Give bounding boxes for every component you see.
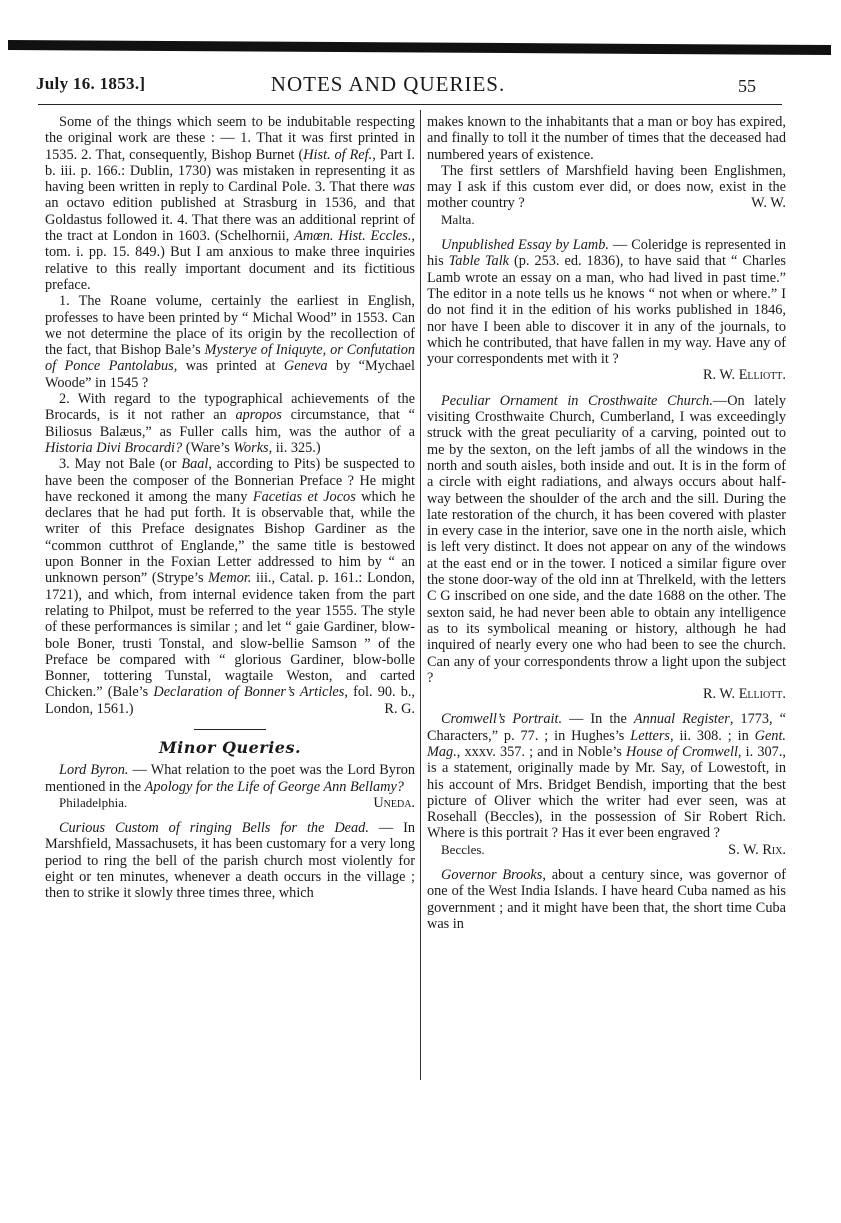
signature: R. G. (370, 701, 415, 717)
text: The first settlers of Marshfield having … (427, 163, 786, 212)
emphasis: was (393, 179, 415, 195)
query-title: Peculiar Ornament in Crosthwaite Church. (441, 393, 713, 409)
citation: Letters (630, 728, 670, 744)
header-rule (38, 104, 782, 105)
signature: R. W. Elliott. (427, 686, 786, 702)
query-bells: Curious Custom of ringing Bells for the … (45, 820, 415, 901)
paragraph: 1. The Roane volume, certainly the earli… (45, 293, 415, 391)
paragraph: Some of the things which seem to be indu… (45, 114, 415, 293)
text: , ii. 325.) (269, 440, 321, 456)
signature: Uneda. (359, 795, 415, 811)
right-column: makes known to the inhabitants that a ma… (427, 114, 786, 932)
paragraph: 3. May not Bale (or Baal, according to P… (45, 456, 415, 717)
query-lord-byron: Lord Byron. — What relation to the poet … (45, 762, 415, 795)
signature: R. W. Elliott. (427, 367, 786, 383)
paragraph: The first settlers of Marshfield having … (427, 163, 786, 212)
column-divider (420, 110, 421, 1080)
citation: Declaration of Bonner’s Articles (153, 684, 344, 700)
journal-title: NOTES AND QUERIES. (188, 72, 588, 97)
citation: House of Cromwell (626, 744, 738, 760)
page-header: July 16. 1853.] NOTES AND QUERIES. 55 (36, 72, 756, 100)
citation: Annual Register (634, 711, 730, 727)
left-column: Some of the things which seem to be indu… (45, 114, 415, 902)
paragraph: makes known to the inhabitants that a ma… (427, 114, 786, 163)
citation: Works (233, 440, 268, 456)
citation: Hist. of Ref. (303, 147, 372, 163)
section-divider (194, 729, 266, 730)
citation: Memor. (208, 570, 251, 586)
place-name: Geneva (284, 358, 328, 374)
signature: W. W. (737, 195, 786, 211)
text: makes known to the inhabitants that a ma… (427, 114, 786, 163)
paragraph: 2. With regard to the typographical achi… (45, 391, 415, 456)
query-title: Unpublished Essay by Lamb. (441, 237, 609, 253)
query-title: Governor Brooks (441, 867, 542, 883)
query-lamb: Unpublished Essay by Lamb. — Coleridge i… (427, 237, 786, 367)
text: , was printed at (174, 358, 284, 374)
query-cromwell: Cromwell’s Portrait. — In the Annual Reg… (427, 711, 786, 841)
text: —On lately visiting Crosthwaite Church, … (427, 393, 786, 686)
citation: Historia Divi Brocardi? (45, 440, 182, 456)
query-brooks: Governor Brooks, about a century since, … (427, 867, 786, 932)
text: — In the (562, 711, 634, 727)
issue-date: July 16. 1853.] (36, 74, 145, 94)
text: , xxxv. 357. ; and in Noble’s (457, 744, 626, 760)
query-crosthwaite: Peculiar Ornament in Crosthwaite Church.… (427, 393, 786, 686)
text: (p. 253. ed. 1836), to have said that “ … (427, 253, 786, 367)
query-title: Cromwell’s Portrait. (441, 711, 562, 727)
citation: Amœn. Hist. Eccles. (294, 228, 411, 244)
text: 3. May not Bale (or (59, 456, 181, 472)
emphasis: Baal (181, 456, 208, 472)
signature: S. W. Rix. (714, 842, 786, 858)
text: , ii. 308. ; in (670, 728, 755, 744)
text: (Ware’s (182, 440, 233, 456)
emphasis: apropos (236, 407, 282, 423)
emphasis: Facetias et Jocos (253, 489, 356, 505)
top-rule (8, 40, 831, 55)
section-heading: Minor Queries. (45, 740, 415, 756)
place-line: Malta. (427, 212, 786, 228)
page-number: 55 (738, 76, 756, 97)
citation: Table Talk (449, 253, 509, 269)
query-title: Curious Custom of ringing Bells for the … (59, 820, 369, 836)
text: iii., Catal. p. 161.: London, 1721), and… (45, 570, 415, 700)
query-title: Lord Byron. (59, 762, 128, 778)
citation: Apology for the Life of George Ann Bella… (145, 779, 404, 795)
